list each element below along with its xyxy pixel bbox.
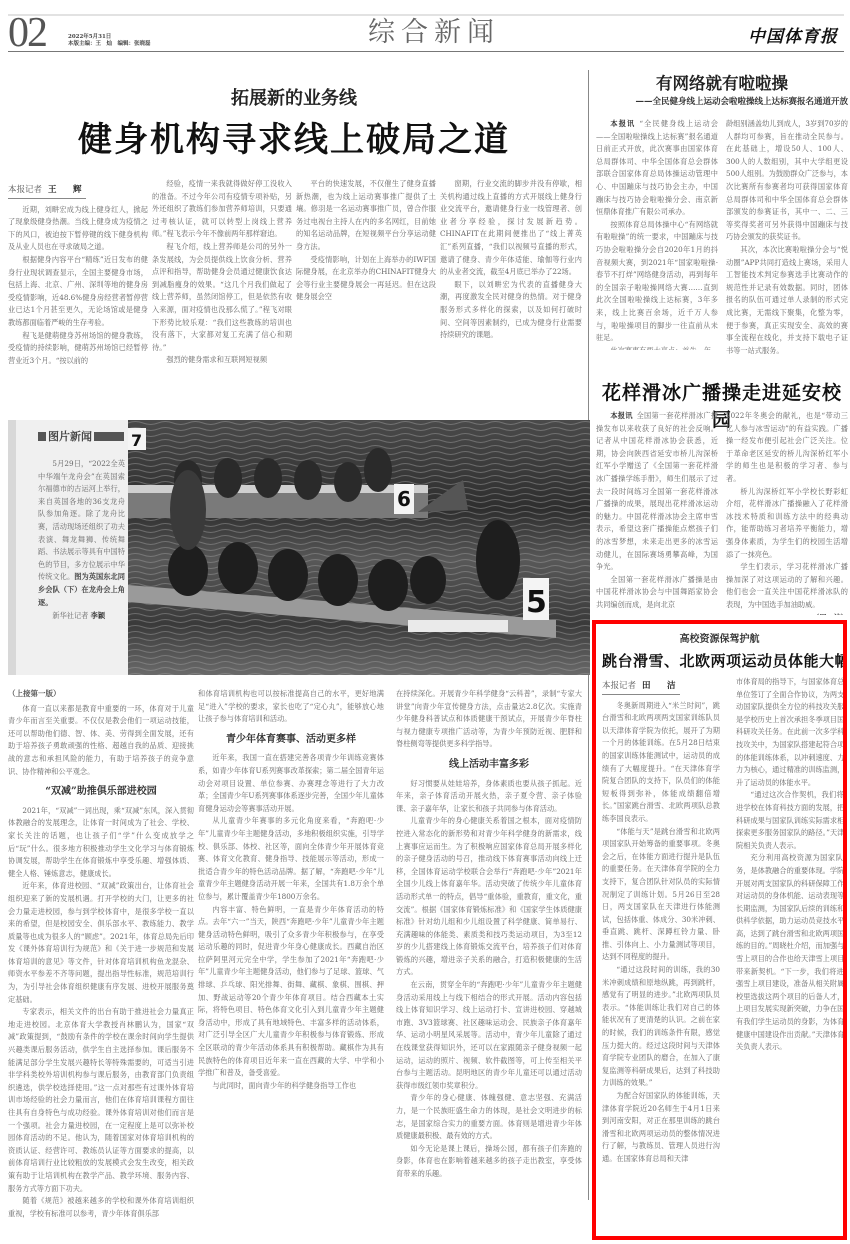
subhead-double-reduction: “双减”助推俱乐部进校园 bbox=[8, 786, 194, 799]
paragraph: 和体育培训机构也可以按标准提高自己的水平，更好地满足“进入”学校的要求，家长也吃… bbox=[198, 688, 384, 726]
paragraph: 专家表示，相关文件的出台有助于推进社会力量真正地走进校园。北京体育大学教授肖林鹏… bbox=[8, 1006, 194, 1195]
paragraph: 内容丰富、特色鲜明，一直是青少年体育活动的特点。去年“六一”当天，陕西“奔跑吧·… bbox=[198, 904, 384, 1080]
paragraph: 受疫情影响，计划在上海举办的IWF国际健身展，在北京举办的CHINAFIT健身大… bbox=[296, 254, 436, 304]
svg-text:6: 6 bbox=[397, 487, 411, 511]
paragraph: 平台的快速发展，不仅催生了健身直播新热潮，也为线上运动赛事推广提供了土壤。修羽是… bbox=[296, 178, 436, 254]
paragraph: 此次赛事有两大亮点：首先，年 bbox=[596, 345, 718, 350]
paragraph: 其次，本次比赛啦啦操分会与“悦动圈”APP共同打造线上赛场，采用人工智能技术判定… bbox=[726, 244, 848, 357]
masthead: 02 2022年5月31日 本版主编：王 灿 编辑：张晓磊 综合新闻 中国体育报 bbox=[8, 14, 844, 52]
paragraph: 全国第一套花样滑冰广播操是由中国花样滑冰协会与中国舞蹈家协会共同编创而成，是向北… bbox=[596, 574, 718, 612]
lead-headline: 健身机构寻求线上破局之道 bbox=[0, 112, 588, 161]
cheerleading-column-2: 龄组别涵盖幼儿到成人，3岁到70岁的人群均可参赛，旨在推动全民参与。在此基础上，… bbox=[726, 118, 848, 358]
photo-credit: 新华社记者 李颖 bbox=[38, 611, 125, 621]
svg-text:7: 7 bbox=[131, 431, 142, 450]
lead-column-4: 窗期，行业交流的脚步并没有停歇，相关机构通过线上直播的方式开展线上健身行业交流平… bbox=[440, 178, 582, 414]
paragraph: 桥儿沟深桥红军小学校长野彩虹介绍，花样滑冰广播操融入了花样滑冰技术特质和训练方法… bbox=[726, 486, 848, 562]
figure-skating-column-2: 2022年冬奥会的献礼，也是“带动三亿人参与冰雪运动”的有益实践。广播操一经发布… bbox=[726, 410, 848, 615]
paragraph: 程飞介绍，线上营养师是公司的另外一条发展线，为会员提供线上饮食分析、营养点评和指… bbox=[152, 241, 292, 354]
paragraph: 随着《规范》被越来越多的学校和课外体育培训组织重视，学校有标准可以参考，青少年体… bbox=[8, 1195, 194, 1220]
issue-date: 2022年5月31日 bbox=[68, 34, 151, 41]
continued-note: （上接第一版） bbox=[8, 688, 194, 701]
paragraph: 经验，疫情一来我就得做好停工没收入的准备。不过今年公司有疫情专项补贴，另外还组织… bbox=[152, 178, 292, 241]
cheerleading-subtitle: ——全民健身线上运动会啦啦操线上达标赛报名通道开放 bbox=[596, 95, 848, 107]
paragraph: 窗期，行业交流的脚步并没有停歇，相关机构通过线上直播的方式开展线上健身行业交流平… bbox=[440, 178, 582, 279]
cheerleading-headline: 有网络就有啦啦操 bbox=[596, 70, 848, 94]
lead-byline: 本报记者王 辉 bbox=[8, 184, 86, 199]
photo-caption: 5月29日，“2022全英中华端午龙舟会”在英国索尔福德市的古运河上举行，来自英… bbox=[38, 458, 125, 609]
ski-jump-headline: 跳台滑雪、北欧两项运动员体能大幅提升 bbox=[602, 650, 843, 671]
svg-text:5: 5 bbox=[526, 585, 547, 620]
ski-jump-kicker: 高校资源保驾护航 bbox=[596, 630, 843, 645]
dragon-boat-image: 7 6 5 bbox=[128, 420, 590, 675]
dragon-boat-photo[interactable]: 7 6 5 bbox=[128, 420, 590, 675]
paragraph: 龄组别涵盖幼儿到成人，3岁到70岁的人群均可参赛，旨在推动全民参与。在此基础上，… bbox=[726, 118, 848, 244]
paragraph: 儿童青少年的身心健康关系着国之根本，面对疫情防控进入常态化的新形势和对青少年科学… bbox=[396, 815, 582, 979]
paragraph: 从儿童青少年赛事的多元化角度来看，“奔跑吧·少年”儿童青少年主题健身活动，多地积… bbox=[198, 815, 384, 903]
paragraph: 近年来，体育进校园、“双减”政策出台，让体育社会组织迎来了新的发展机遇。打开学校… bbox=[8, 880, 194, 1006]
continued-column-1: （上接第一版） 体育一直以来都是教育中重要的一环，体育对于儿童青少年而言至关重要… bbox=[8, 688, 194, 1240]
photo-caption-box: 图片新闻 5月29日，“2022全英中华端午龙舟会”在英国索尔福德市的古运河上举… bbox=[24, 420, 129, 675]
paragraph: 按照体育总局体操中心“有网络就有啦啦操”的统一要求，中国蹦床与技巧协会啦啦操分会… bbox=[596, 219, 718, 345]
lead-column-3: 平台的快速发展，不仅催生了健身直播新热潮，也为线上运动赛事推广提供了土壤。修羽是… bbox=[296, 178, 436, 414]
continued-column-2: 和体育培训机构也可以按标准提高自己的水平，更好地满足“进入”学校的要求，家长也吃… bbox=[198, 688, 384, 1240]
subhead-online-activities: 线上活动丰富多彩 bbox=[396, 759, 582, 772]
paragraph: 在云南，贯穿全年的“奔跑吧·少年”儿童青少年主题健身活动采用线上与线下相结合的形… bbox=[396, 979, 582, 1092]
paragraph: “通过这段时间的训练，我的30米冲刺成绩和原地纵跳，再到跳杆，感觉有了明显的进步… bbox=[602, 964, 720, 1090]
highlighted-article[interactable]: 高校资源保驾护航 跳台滑雪、北欧两项运动员体能大幅提升 本报记者田 洁 冬奥新周… bbox=[592, 620, 847, 1240]
paragraph: 近期，刘畊宏成为线上健身红人，掀起了现象级健身热潮。当线上健身成为疫情之下的风口… bbox=[8, 204, 148, 254]
paragraph: 如今无论是课上课后，操场公园，都有孩子们奔跑的身影，体育也在影响着越来越多的孩子… bbox=[396, 1143, 582, 1181]
masthead-meta: 2022年5月31日 本版主编：王 灿 编辑：张晓磊 bbox=[68, 34, 151, 48]
ski-jump-column-2: 市体育局的指导下，与国家体育总局相关单位签订了全面合作协议，为两支雪上运动国家队… bbox=[736, 676, 847, 1236]
photo-news-box: 图片新闻 5月29日，“2022全英中华端午龙舟会”在英国索尔福德市的古运河上举… bbox=[8, 420, 584, 675]
editors-line: 本版主编：王 灿 编辑：张晓磊 bbox=[68, 41, 151, 48]
paragraph: “通过这次合作契机，我们将全面推进学校在体育科技方面的发展，把我们的科研成果与国… bbox=[736, 789, 847, 852]
paragraph: 眼下，以刘畊宏为代表的直播健身大潮，再度激发全民对健身的热情。对于健身服务形式多… bbox=[440, 279, 582, 342]
ski-jump-column-1: 本报记者田 洁 冬奥新周期进入“米兰时间”，跳台滑雪和北欧两项两支国家训练队员以… bbox=[602, 680, 720, 1236]
subhead-youth-events: 青少年体育赛事、活动更多样 bbox=[198, 734, 384, 747]
paragraph: 强烈的健身需求和互联网短视频 bbox=[152, 354, 292, 367]
paragraph: 冬奥新周期进入“米兰时间”，跳台滑雪和北欧两项两支国家训练队员以天津体育学院为依… bbox=[602, 700, 720, 826]
lead-column-1: 本报记者王 辉 近期，刘畊宏成为线上健身红人，掀起了现象级健身热潮。当线上健身成… bbox=[8, 184, 148, 414]
ski-jump-byline: 本报记者田 洁 bbox=[602, 680, 680, 695]
paragraph: 2021年，“双减”一词出现，乘“双减”东风，深入贯彻体教融合的发展理念，让体育… bbox=[8, 805, 194, 881]
paragraph: 近年来，我国一直在搭建完善各项青少年训练竞赛体系，如青少年体育U系列赛事改革探索… bbox=[198, 752, 384, 815]
photo-news-tag: 图片新闻 bbox=[38, 428, 125, 444]
paragraph: “体能与天”是跳台滑雪和北欧两项国家队开始筹备的重要事项。冬奥会之后，在体能方面… bbox=[602, 826, 720, 965]
paragraph: 体育一直以来都是教育中重要的一环，体育对于儿童青少年而言至关重要。不仅仅是教会他… bbox=[8, 703, 194, 779]
bar-icon bbox=[94, 432, 124, 441]
paragraph: 好习惯要从娃娃培养，身体素质也要从孩子抓起。近年来，亲子体育活动开展火热，亲子夏… bbox=[396, 778, 582, 816]
paragraph: 市体育局的指导下，与国家体育总局相关单位签订了全面合作协议，为两支雪上运动国家队… bbox=[736, 676, 847, 789]
paragraph: 在持续深化。开展青少年科学健身“云科普”，录制“专家大讲堂”向青少年宣传健身方法… bbox=[396, 688, 582, 751]
paragraph: 程飞是健萌健身苏州场馆的健身教练，受疫情的持续影响，健萌苏州场馆已经暂停营业近3… bbox=[8, 330, 148, 368]
page-number: 02 bbox=[8, 12, 46, 54]
paragraph: 充分利用高校资源为国家队提供服务，是体教融合的重要体现。学院将持续开展对两支国家… bbox=[736, 852, 847, 1054]
paragraph: 根据健身内容平台“精练”近日发布的健身行业现状调查显示，全国主要健身市场，包括上… bbox=[8, 254, 148, 330]
figure-skating-column-1: 本报讯全国第一套花样滑冰广播操发布以来收获了良好的社会反响。记者从中国花样滑冰协… bbox=[596, 410, 718, 615]
paragraph: 与此同时，面向青少年的科学健身指导工作也 bbox=[198, 1080, 384, 1093]
section-name: 综合新闻 bbox=[368, 16, 500, 50]
square-icon bbox=[38, 432, 46, 441]
paper-logo: 中国体育报 bbox=[748, 22, 838, 47]
paragraph: 青少年的身心健康、体魄强健、意志坚强、充满活力，是一个民族旺盛生命力的体现，是社… bbox=[396, 1092, 582, 1142]
continued-column-3: 在持续深化。开展青少年科学健身“云科普”，录制“专家大讲堂”向青少年宣传健身方法… bbox=[396, 688, 582, 1240]
paragraph: 为配合好国家队的体能训练，天津体育学院近20名师生于4月1日来到河南安阳，对正在… bbox=[602, 1090, 720, 1166]
lead-column-2: 经验，疫情一来我就得做好停工没收入的准备。不过今年公司有疫情专项补贴，另外还组织… bbox=[152, 178, 292, 414]
paragraph: 2022年冬奥会的献礼，也是“带动三亿人参与冰雪运动”的有益实践。广播操一经发布… bbox=[726, 410, 848, 486]
cheerleading-column-1: 本报讯“全民健身线上运动会——全国啦啦操线上达标赛”报名通道日前正式开放，此次赛… bbox=[596, 118, 718, 350]
lead-kicker: 拓展新的业务线 bbox=[0, 84, 588, 110]
paragraph: 学生们表示，学习花样滑冰广播操加深了对这项运动的了解和兴趣。他们也会一直关注中国… bbox=[726, 561, 848, 611]
